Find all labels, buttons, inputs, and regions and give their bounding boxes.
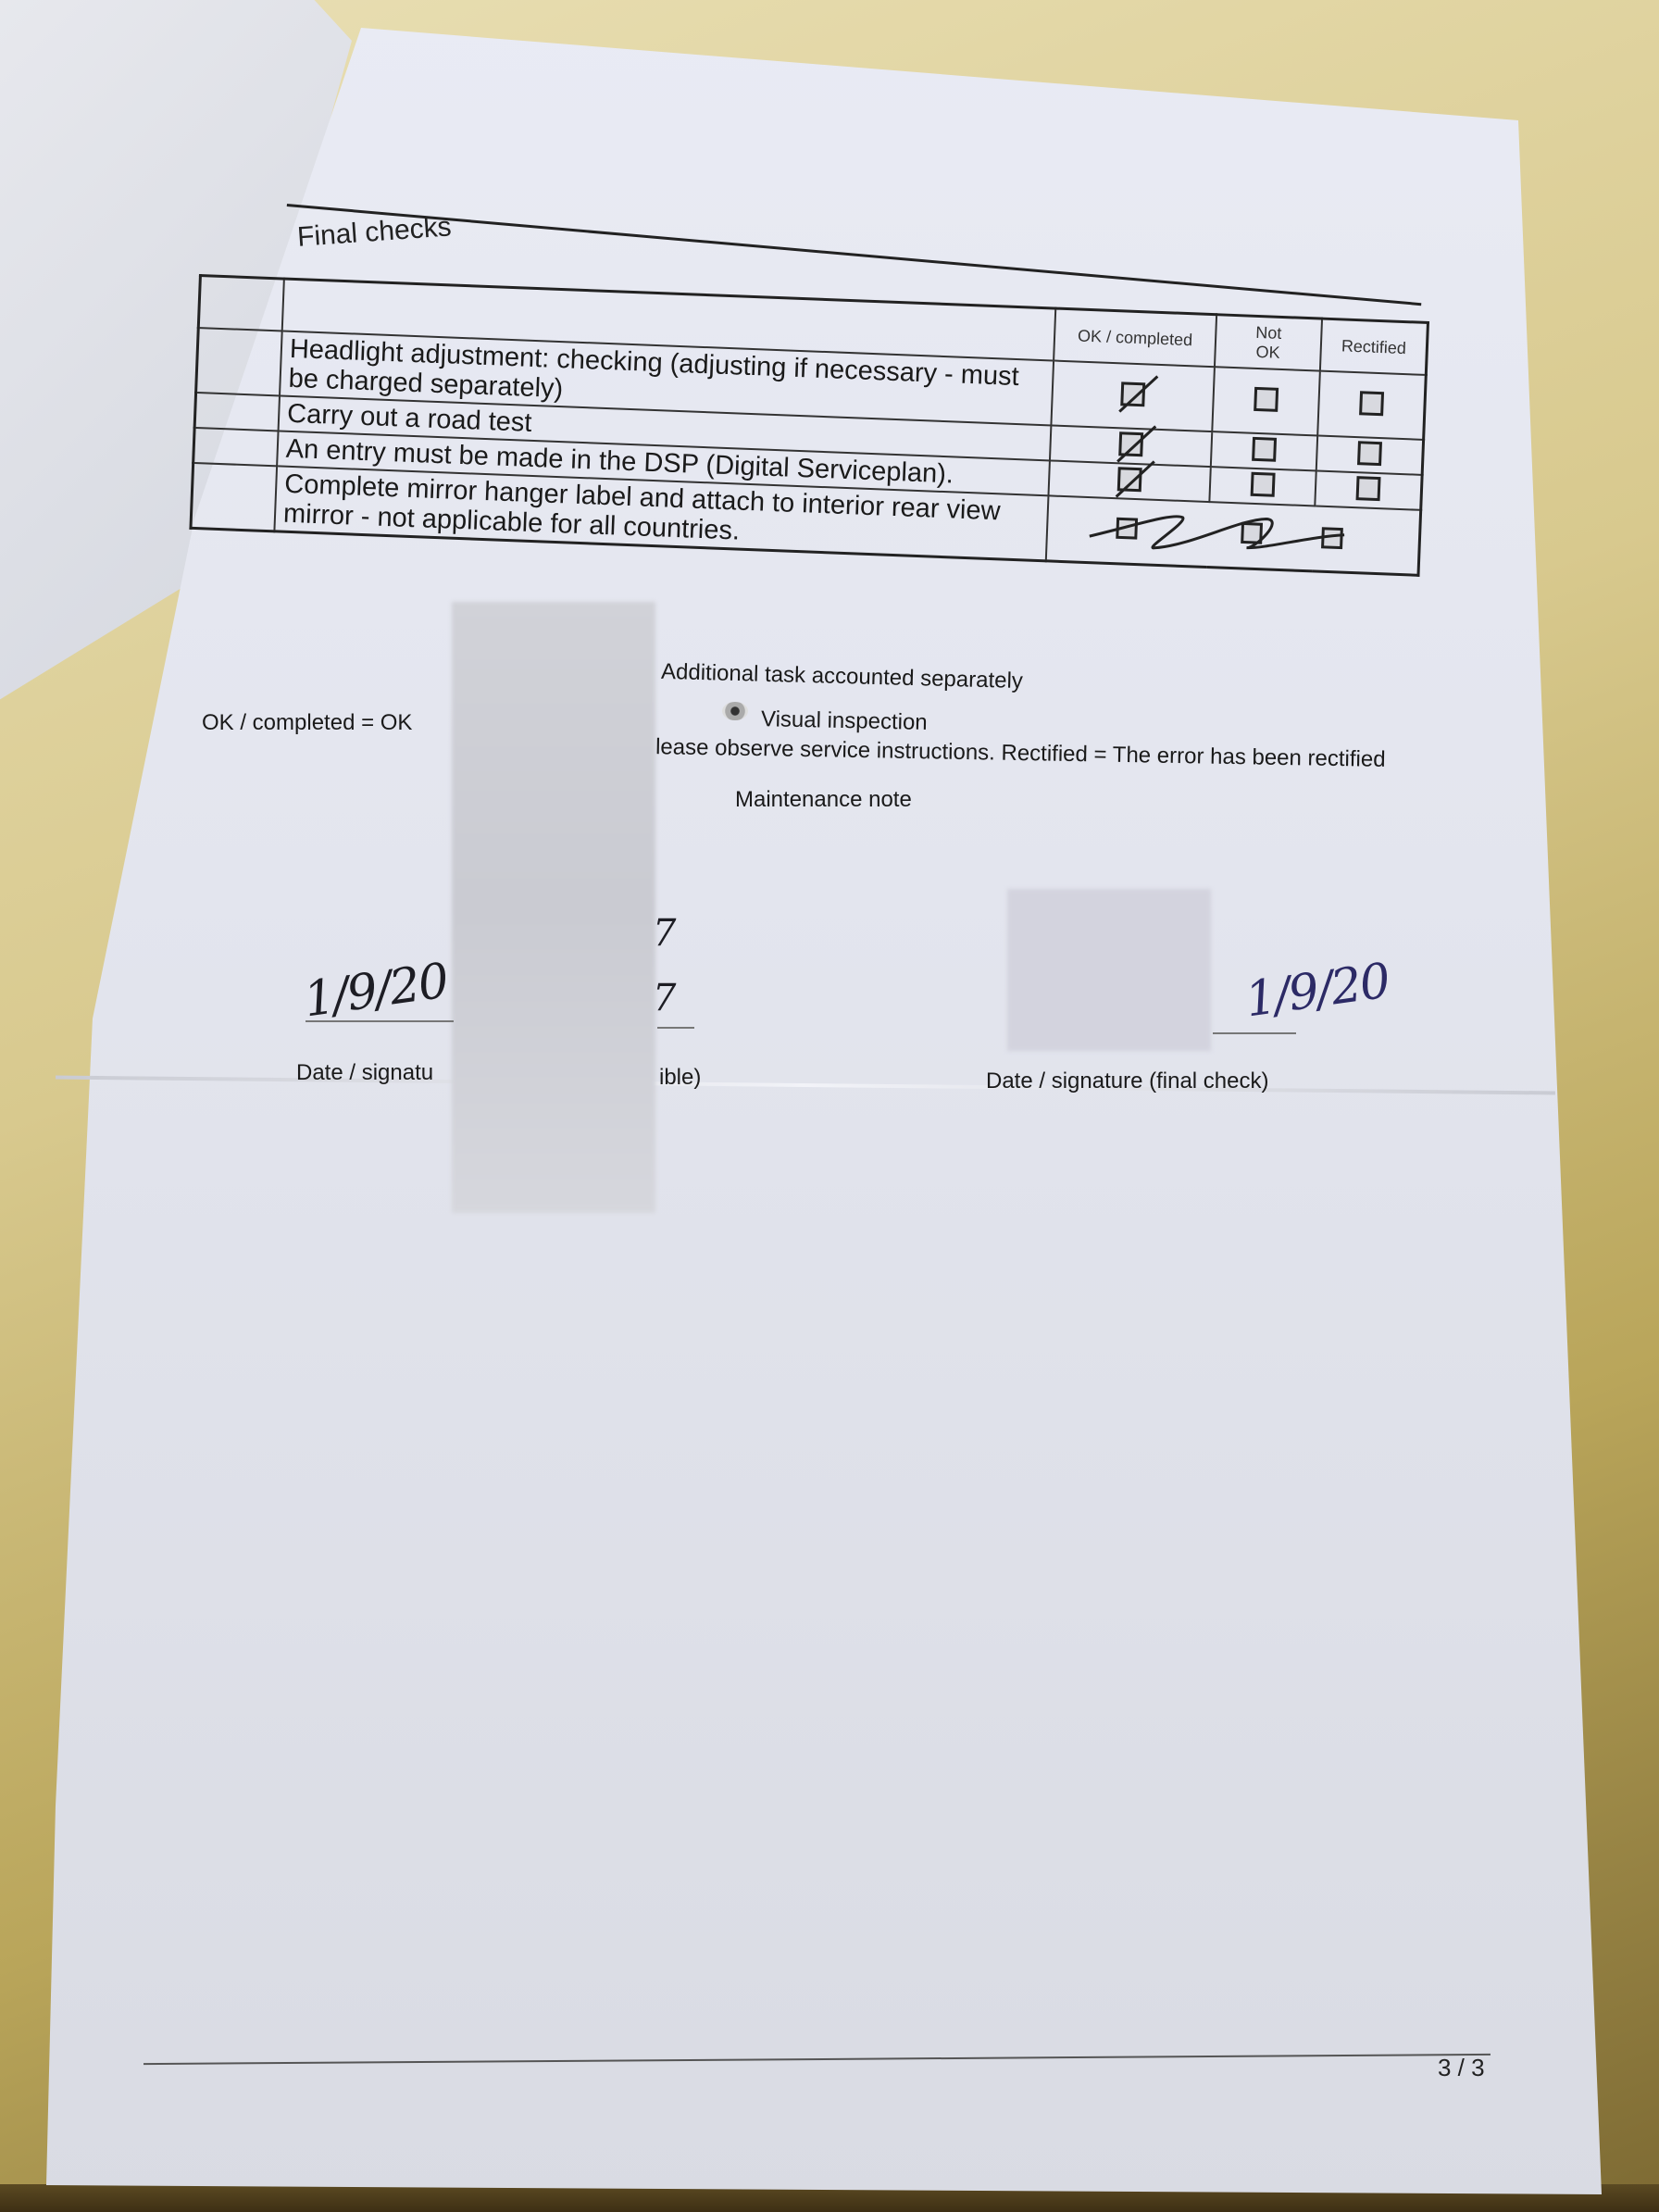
not-ok-cell: [1211, 431, 1317, 470]
header-ok-completed: OK / completed: [1054, 308, 1216, 367]
not-ok-cell: [1209, 467, 1316, 506]
header-rectified: Rectified: [1320, 319, 1428, 375]
scribble-mark: [1079, 504, 1387, 562]
row-number-cell: [191, 463, 277, 531]
page-number: 3 / 3: [1438, 2054, 1485, 2082]
rectified-cell: [1315, 470, 1422, 509]
ok-cell: [1048, 460, 1210, 502]
checkbox-rectified[interactable]: [1359, 391, 1384, 416]
checkbox-not-ok[interactable]: [1252, 436, 1277, 461]
signature-label-left: Date / signatu: [296, 1060, 433, 1086]
header-not-ok: Not OK: [1215, 315, 1322, 371]
checkbox-ok-completed[interactable]: [1120, 381, 1145, 406]
final-checks-table: OK / completed Not OK Rectified Headligh…: [189, 274, 1429, 577]
header-not-ok-line2: OK: [1255, 343, 1280, 362]
signature-label-left-end: ible): [659, 1065, 701, 1091]
ok-cell: [1046, 495, 1421, 575]
handwritten-date-left: 1/9/20: [301, 953, 451, 1028]
legend-observe-instructions: lease observe service instructions. Rect…: [655, 734, 1386, 773]
rectified-cell: [1317, 371, 1426, 440]
section-title: Final checks: [296, 211, 453, 254]
handwritten-mark: 7: [653, 977, 674, 1019]
legend-additional-task: Additional task accounted separately: [661, 659, 1024, 694]
header-not-ok-line1: Not: [1255, 323, 1282, 343]
row-number-cell: [196, 328, 282, 395]
redacted-area: [452, 602, 655, 1213]
legend-visual-inspection: Visual inspection: [761, 706, 928, 736]
row-number-cell: [193, 428, 279, 466]
legend-ok-completed: OK / completed = OK: [202, 710, 412, 736]
maintenance-note-label: Maintenance note: [735, 787, 912, 813]
checkbox-rectified[interactable]: [1356, 476, 1381, 501]
checkbox-rectified[interactable]: [1357, 441, 1382, 466]
eye-icon: [722, 702, 748, 720]
checkbox-ok-completed[interactable]: [1117, 467, 1142, 492]
checkbox-not-ok[interactable]: [1251, 471, 1276, 496]
signature-line-right: [1213, 1032, 1296, 1034]
handwritten-mark: 7: [653, 912, 674, 955]
page-content: Final checks OK / completed Not OK Recti…: [0, 0, 1659, 1204]
header-spacer: [198, 276, 284, 331]
ok-cell: [1051, 361, 1215, 432]
redacted-area: [1007, 889, 1211, 1051]
ok-cell: [1050, 425, 1212, 467]
signature-line-left-end: [657, 1027, 694, 1029]
row-number-cell: [194, 393, 280, 431]
signature-label-right: Date / signature (final check): [986, 1069, 1268, 1094]
not-ok-cell: [1212, 367, 1320, 435]
checkbox-ok-completed[interactable]: [1118, 431, 1143, 456]
checkbox-not-ok[interactable]: [1254, 386, 1279, 411]
rectified-cell: [1316, 436, 1424, 475]
handwritten-date-right: 1/9/20: [1242, 953, 1392, 1028]
